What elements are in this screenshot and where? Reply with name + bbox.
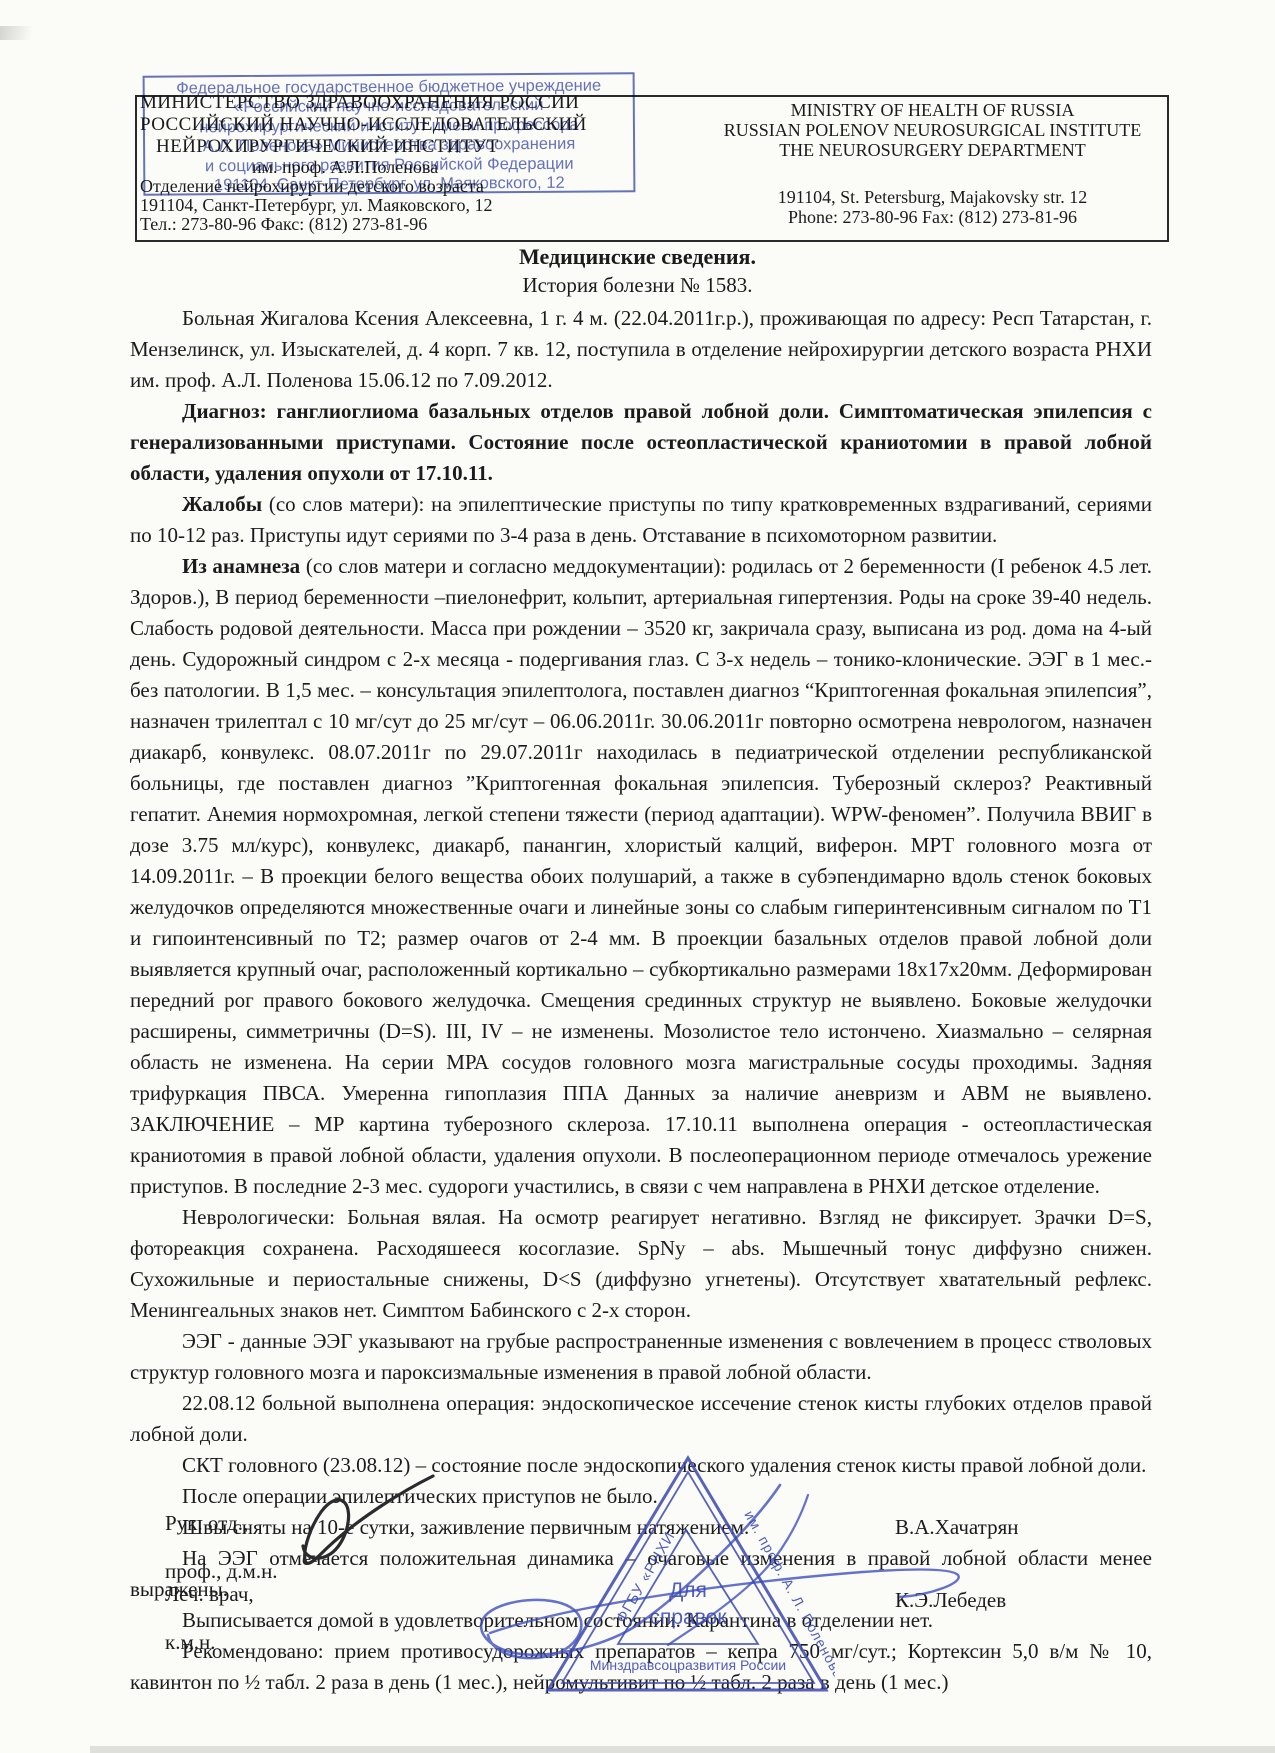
org-line-en: RUSSIAN POLENOV NEUROSURGICAL INSTITUTE xyxy=(700,120,1165,140)
scan-artifact-top-left xyxy=(0,26,40,40)
signature-role-doctor: Леч. врач, к.м.н. xyxy=(165,1558,254,1678)
paragraph-text: (со слов матери и согласно меддокументац… xyxy=(130,554,1152,1198)
document-title-block: Медицинские сведения. История болезни № … xyxy=(0,243,1275,299)
paragraph-diagnosis: Диагноз: ганглиоглиома базальных отделов… xyxy=(130,396,1152,489)
stamp-center-line1: Для xyxy=(669,1579,707,1602)
paragraph-text: (со слов матери): на эпилептические прис… xyxy=(130,492,1152,547)
header-right-block: MINISTRY OF HEALTH OF RUSSIA RUSSIAN POL… xyxy=(700,100,1165,227)
paragraph-eeg: ЭЭГ - данные ЭЭГ указывают на грубые рас… xyxy=(130,1326,1152,1388)
stamp-bottom-text: Минздравсоцразвития России xyxy=(590,1657,786,1673)
scan-artifact-bottom-edge xyxy=(90,1746,1275,1753)
phone-fax-line: Тел.: 273-80-96 Факс: (812) 273-81-96 xyxy=(140,215,645,234)
paragraph-operation: 22.08.12 больной выполнена операция: энд… xyxy=(130,1388,1152,1450)
triangular-ink-stamp: ФГБУ «РНХИ им. проф. А. Л. Поленова» Для… xyxy=(540,1452,835,1702)
paragraph-text: Диагноз: ганглиоглиома базальных отделов… xyxy=(130,399,1152,485)
role-line: Леч. врач, xyxy=(165,1582,254,1606)
stamp-line: Федеральное государственное бюджетное уч… xyxy=(145,76,633,99)
paragraph-complaints: Жалобы (со слов матери): на эпилептическ… xyxy=(130,489,1152,551)
stamp-line: 191104, Санкт-Петербург, ул. Маяковского… xyxy=(145,173,633,196)
paragraph-text: 22.08.12 больной выполнена операция: энд… xyxy=(130,1391,1152,1446)
role-line: к.м.н. xyxy=(165,1630,254,1654)
case-history-number: История болезни № 1583. xyxy=(0,271,1275,299)
paragraph-text: Больная Жигалова Ксения Алексеевна, 1 г.… xyxy=(130,306,1152,392)
address-line-en: 191104, St. Petersburg, Majakovsky str. … xyxy=(700,187,1165,207)
handwritten-signature-black xyxy=(265,1468,455,1583)
rectangular-ink-stamp: Федеральное государственное бюджетное уч… xyxy=(143,72,636,195)
scanned-medical-document: { "header": { "left_block": { "lines": [… xyxy=(0,0,1275,1753)
paragraph-anamnesis: Из анамнеза (со слов матери и согласно м… xyxy=(130,551,1152,1202)
role-line: Рук. отд., xyxy=(165,1511,278,1535)
stamp-center-line2: справок xyxy=(649,1606,727,1629)
paragraph-neurological: Неврологически: Больная вялая. На осмотр… xyxy=(130,1202,1152,1326)
paragraph-text: Неврологически: Больная вялая. На осмотр… xyxy=(130,1205,1152,1322)
paragraph-lead: Жалобы xyxy=(182,492,262,516)
org-line-en: MINISTRY OF HEALTH OF RUSSIA xyxy=(700,100,1165,120)
paragraph-text: ЭЭГ - данные ЭЭГ указывают на грубые рас… xyxy=(130,1329,1152,1384)
address-line: 191104, Санкт-Петербург, ул. Маяковского… xyxy=(140,196,645,215)
org-line-en: THE NEUROSURGERY DEPARTMENT xyxy=(700,140,1165,160)
phone-fax-line-en: Phone: 273-80-96 Fax: (812) 273-81-96 xyxy=(700,207,1165,227)
paragraph-lead: Из анамнеза xyxy=(182,554,300,578)
document-title: Медицинские сведения. xyxy=(0,243,1275,271)
paragraph-patient-info: Больная Жигалова Ксения Алексеевна, 1 г.… xyxy=(130,303,1152,396)
